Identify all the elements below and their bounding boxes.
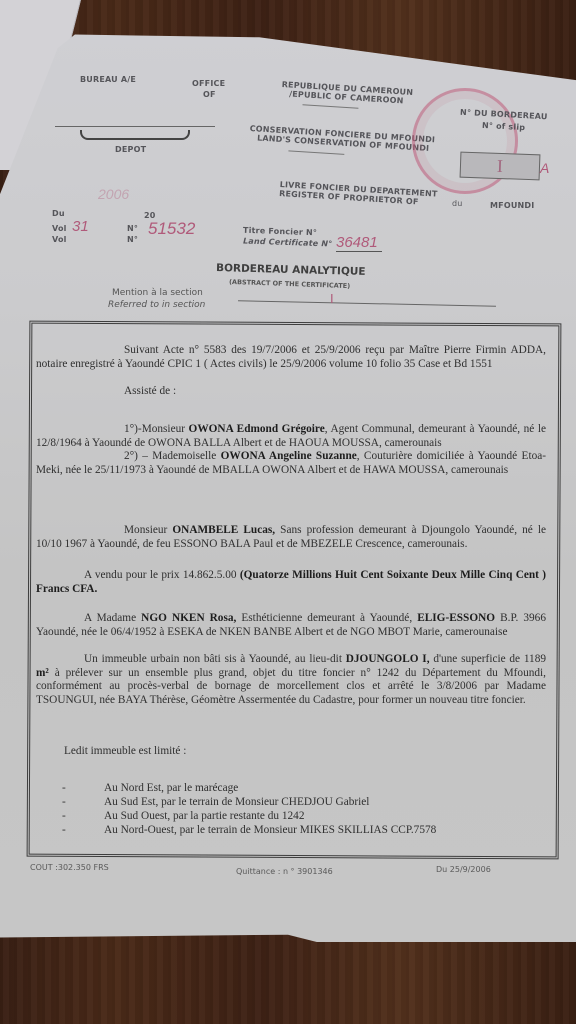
- vol-value: 31: [72, 218, 89, 235]
- titre-value: 36481: [336, 234, 382, 252]
- limits-list-container: Au Nord Est, par le marécage Au Sud Est,…: [36, 781, 546, 837]
- no-label-en: N°: [127, 235, 138, 244]
- no-value: 51532: [148, 219, 195, 239]
- limits-intro: Ledit immeuble est limité :: [36, 745, 546, 759]
- limit-south-east: Au Sud Est, par le terrain de Monsieur C…: [36, 795, 546, 809]
- party-1: 1°)-Monsieur OWONA Edmond Grégoire, Agen…: [36, 423, 546, 450]
- party-2-name: OWONA Angeline Suzanne: [221, 450, 357, 462]
- slip-number-field: I: [460, 152, 541, 181]
- buyer-name: NGO NKEN Rosa,: [141, 612, 236, 624]
- mention-en: Referred to in section: [108, 300, 205, 310]
- depot-label: DEPOT: [115, 145, 146, 154]
- property-paragraph: Un immeuble urbain non bâti sis à Yaound…: [36, 653, 546, 707]
- bureau-label: BUREAU A/E: [80, 75, 136, 84]
- du-label: Du: [52, 209, 65, 218]
- property-location: DJOUNGOLO I,: [346, 653, 430, 665]
- seller-name: ONAMBELE Lucas,: [172, 524, 275, 536]
- department-name: MFOUNDI: [490, 201, 534, 210]
- limit-south-west: Au Sud Ouest, par la partie restante du …: [36, 809, 546, 823]
- seller-paragraph: Monsieur ONAMBELE Lucas, Sans profession…: [36, 524, 546, 551]
- office-of-label: OF: [203, 90, 216, 99]
- limit-north-west: Au Nord-Ouest, par le terrain de Monsieu…: [36, 823, 546, 837]
- date-stamp-faded: 2006: [98, 186, 129, 202]
- section-value: I: [330, 291, 334, 306]
- assisted-label: Assisté de :: [36, 385, 546, 399]
- vol-label-fr: Vol: [52, 224, 67, 233]
- party-2: 2°) – Mademoiselle OWONA Angeline Suzann…: [36, 450, 546, 477]
- buyer-paragraph: A Madame NGO NKEN Rosa, Esthéticienne de…: [36, 612, 546, 639]
- receipt-date: Du 25/9/2006: [436, 865, 491, 874]
- depot-brace: [80, 130, 190, 140]
- vol-label-en: Vol: [52, 235, 67, 244]
- receipt-number: Quittance : n ° 3901346: [236, 867, 333, 876]
- deed-paragraph: Suivant Acte n° 5583 des 19/7/2006 et 25…: [36, 344, 546, 371]
- depot-rule: [55, 126, 215, 127]
- mention-fr: Mention à la section: [112, 288, 203, 298]
- limits-list: Au Nord Est, par le marécage Au Sud Est,…: [36, 781, 546, 837]
- limit-north-east: Au Nord Est, par le marécage: [36, 781, 546, 795]
- cost-text: COUT :302.350 FRS: [30, 863, 109, 872]
- office-label: OFFICE: [192, 79, 225, 88]
- deed-text: Suivant Acte n° 5583 des 19/7/2006 et 25…: [36, 344, 546, 371]
- livre-du: du: [452, 199, 463, 208]
- slip-handwritten-mark: A: [540, 160, 549, 176]
- price-paragraph: A vendu pour le prix 14.862.5.00 (Quator…: [36, 569, 546, 596]
- party-1-name: OWONA Edmond Grégoire: [189, 423, 325, 435]
- no-label-fr: N°: [127, 224, 138, 233]
